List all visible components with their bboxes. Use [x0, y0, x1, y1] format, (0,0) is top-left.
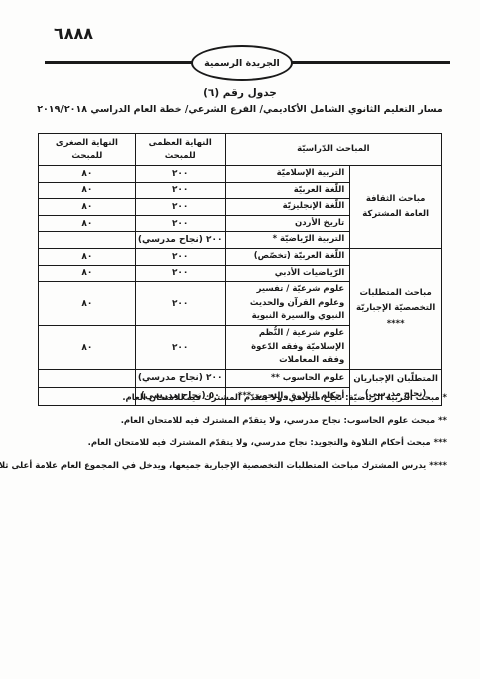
- footnote-recitation-tajweed: *** مبحث أحكام التلاوة والتجويد: نجاح مد…: [10, 437, 447, 450]
- subject-cell: اللّغة العربيّة: [225, 182, 350, 199]
- max-score-cell: ٢٠٠: [135, 326, 225, 370]
- min-score-cell: ٨٠: [39, 248, 136, 265]
- table-row: المتطلّبان الإجباريان (نجاح مدرسي) علوم …: [39, 369, 442, 387]
- table-row: مباحث المتطلبات التخصصيّة الإجباريّة ***…: [39, 248, 442, 265]
- group-cell: مباحث الثقافة العامة المشتركة: [350, 166, 442, 249]
- subject-cell: اللّغة العربيّة (تخصّص): [225, 248, 350, 265]
- max-score-cell: ٢٠٠ (نجاح مدرسي): [135, 369, 225, 387]
- max-score-cell: ٢٠٠: [135, 265, 225, 282]
- header-min-score: النهاية الصغرى للمبحث: [39, 134, 136, 166]
- footnote-specialization-requirements: **** يدرس المشترك مباحث المتطلبات التخصص…: [10, 460, 447, 473]
- min-score-cell: ٨٠: [39, 199, 136, 216]
- subject-cell: اللّغة الإنجليزيّة: [225, 199, 350, 216]
- max-score-cell: ٢٠٠: [135, 248, 225, 265]
- gazette-title: الجريدة الرسمية: [204, 58, 280, 69]
- max-score-cell: ٢٠٠: [135, 182, 225, 199]
- max-score-cell: ٢٠٠: [135, 199, 225, 216]
- subjects-table: المباحث الدّراسيّة النهاية العظمى للمبحث…: [38, 133, 442, 406]
- min-score-cell: [39, 369, 136, 387]
- subject-cell: علوم شرعية / النُّظم الإسلاميّة وفقه الد…: [225, 326, 350, 370]
- max-score-cell: ٢٠٠ (نجاح مدرسي): [135, 232, 225, 249]
- table-caption: جدول رقم (٦): [0, 87, 480, 99]
- footnotes: * مبحث التربية الرياضيّة: نجاح مدرسي، ول…: [10, 392, 447, 482]
- doc-subtitle: مسار التعليم الثانوي الشامل الأكاديمي/ ا…: [0, 104, 480, 115]
- group-note: ****: [352, 317, 439, 332]
- footnote-physical-education: * مبحث التربية الرياضيّة: نجاح مدرسي، ول…: [10, 392, 447, 405]
- group-label: مباحث الثقافة العامة المشتركة: [352, 192, 439, 223]
- min-score-cell: ٨٠: [39, 215, 136, 232]
- subject-cell: علوم شرعيّة / تفسير وعلوم القرآن والحديث…: [225, 282, 350, 326]
- gazette-title-ellipse: الجريدة الرسمية: [191, 45, 293, 81]
- min-score-cell: ٨٠: [39, 326, 136, 370]
- subject-cell: الرّياضيات الأدبي: [225, 265, 350, 282]
- footnote-computer-science: ** مبحث علوم الحاسوب: نجاح مدرسي، ولا يت…: [10, 415, 447, 428]
- min-score-cell: ٨٠: [39, 282, 136, 326]
- subject-cell: التربية الإسلاميّة: [225, 166, 350, 183]
- table-row: مباحث الثقافة العامة المشتركة التربية ال…: [39, 166, 442, 183]
- header-subjects: المباحث الدّراسيّة: [225, 134, 441, 166]
- table-header-row: المباحث الدّراسيّة النهاية العظمى للمبحث…: [39, 134, 442, 166]
- max-score-cell: ٢٠٠: [135, 215, 225, 232]
- group-cell: مباحث المتطلبات التخصصيّة الإجباريّة ***…: [350, 248, 442, 369]
- max-score-cell: ٢٠٠: [135, 166, 225, 183]
- min-score-cell: ٨٠: [39, 166, 136, 183]
- page-number: ٦٨٨٨: [54, 24, 93, 43]
- subject-cell: علوم الحاسوب **: [225, 369, 350, 387]
- min-score-cell: ٨٠: [39, 182, 136, 199]
- max-score-cell: ٢٠٠: [135, 282, 225, 326]
- min-score-cell: ٨٠: [39, 265, 136, 282]
- min-score-cell: [39, 232, 136, 249]
- group-label: المتطلّبان الإجباريان: [352, 372, 439, 387]
- subject-cell: تاريخ الأردن: [225, 215, 350, 232]
- header-max-score: النهاية العظمى للمبحث: [135, 134, 225, 166]
- group-label: مباحث المتطلبات التخصصيّة الإجباريّة: [352, 286, 439, 317]
- subject-cell: التربية الرّياضيّة *: [225, 232, 350, 249]
- gazette-page: ٦٨٨٨ الجريدة الرسمية جدول رقم (٦) مسار ا…: [0, 0, 480, 679]
